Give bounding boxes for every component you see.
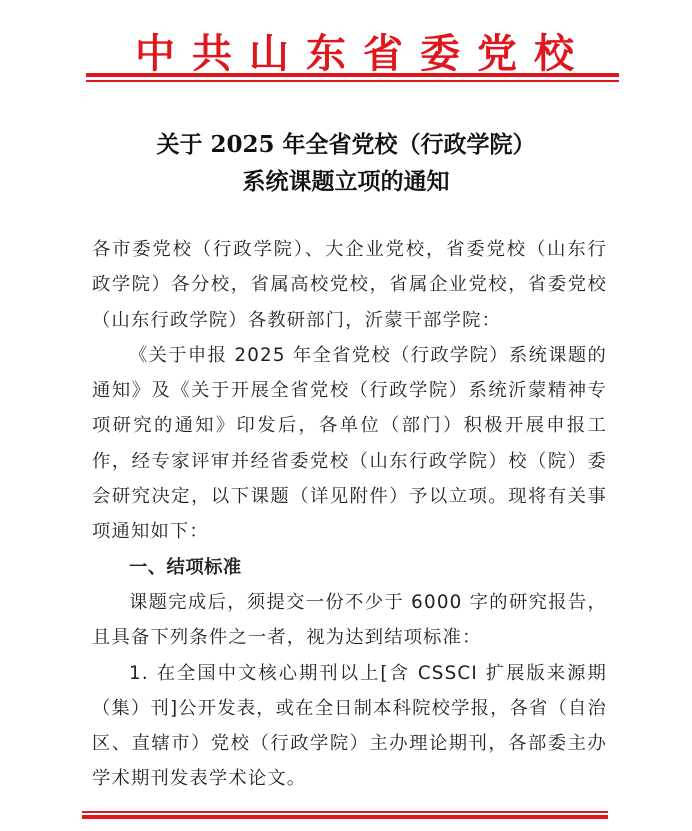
footer-rule-thick	[82, 815, 608, 819]
footer-rule-thin	[82, 811, 608, 813]
section-heading: 一、结项标准	[92, 550, 607, 585]
intro-paragraph: 《关于申报 2025 年全省党校（行政学院）系统课题的通知》及《关于开展全省党校…	[92, 338, 607, 550]
document-title-line2: 系统课题立项的通知	[0, 163, 692, 196]
document-body: 各市委党校（行政学院）、大企业党校，省委党校（山东行政学院）各分校，省属高校党校…	[92, 232, 607, 797]
header-rule-thin	[86, 80, 619, 82]
section-item-1: 1. 在全国中文核心期刊以上[含 CSSCI 扩展版来源期（集）刊]公开发表，或…	[92, 656, 607, 797]
addressees: 各市委党校（行政学院）、大企业党校，省委党校（山东行政学院）各分校，省属高校党校…	[92, 232, 607, 338]
masthead: 中共山东省委党校	[0, 22, 692, 79]
header-rule-thick	[86, 73, 619, 77]
section-paragraph: 课题完成后，须提交一份不少于 6000 字的研究报告，且具备下列条件之一者，视为…	[92, 585, 607, 656]
document-title-line1: 关于 2025 年全省党校（行政学院）	[0, 126, 692, 159]
